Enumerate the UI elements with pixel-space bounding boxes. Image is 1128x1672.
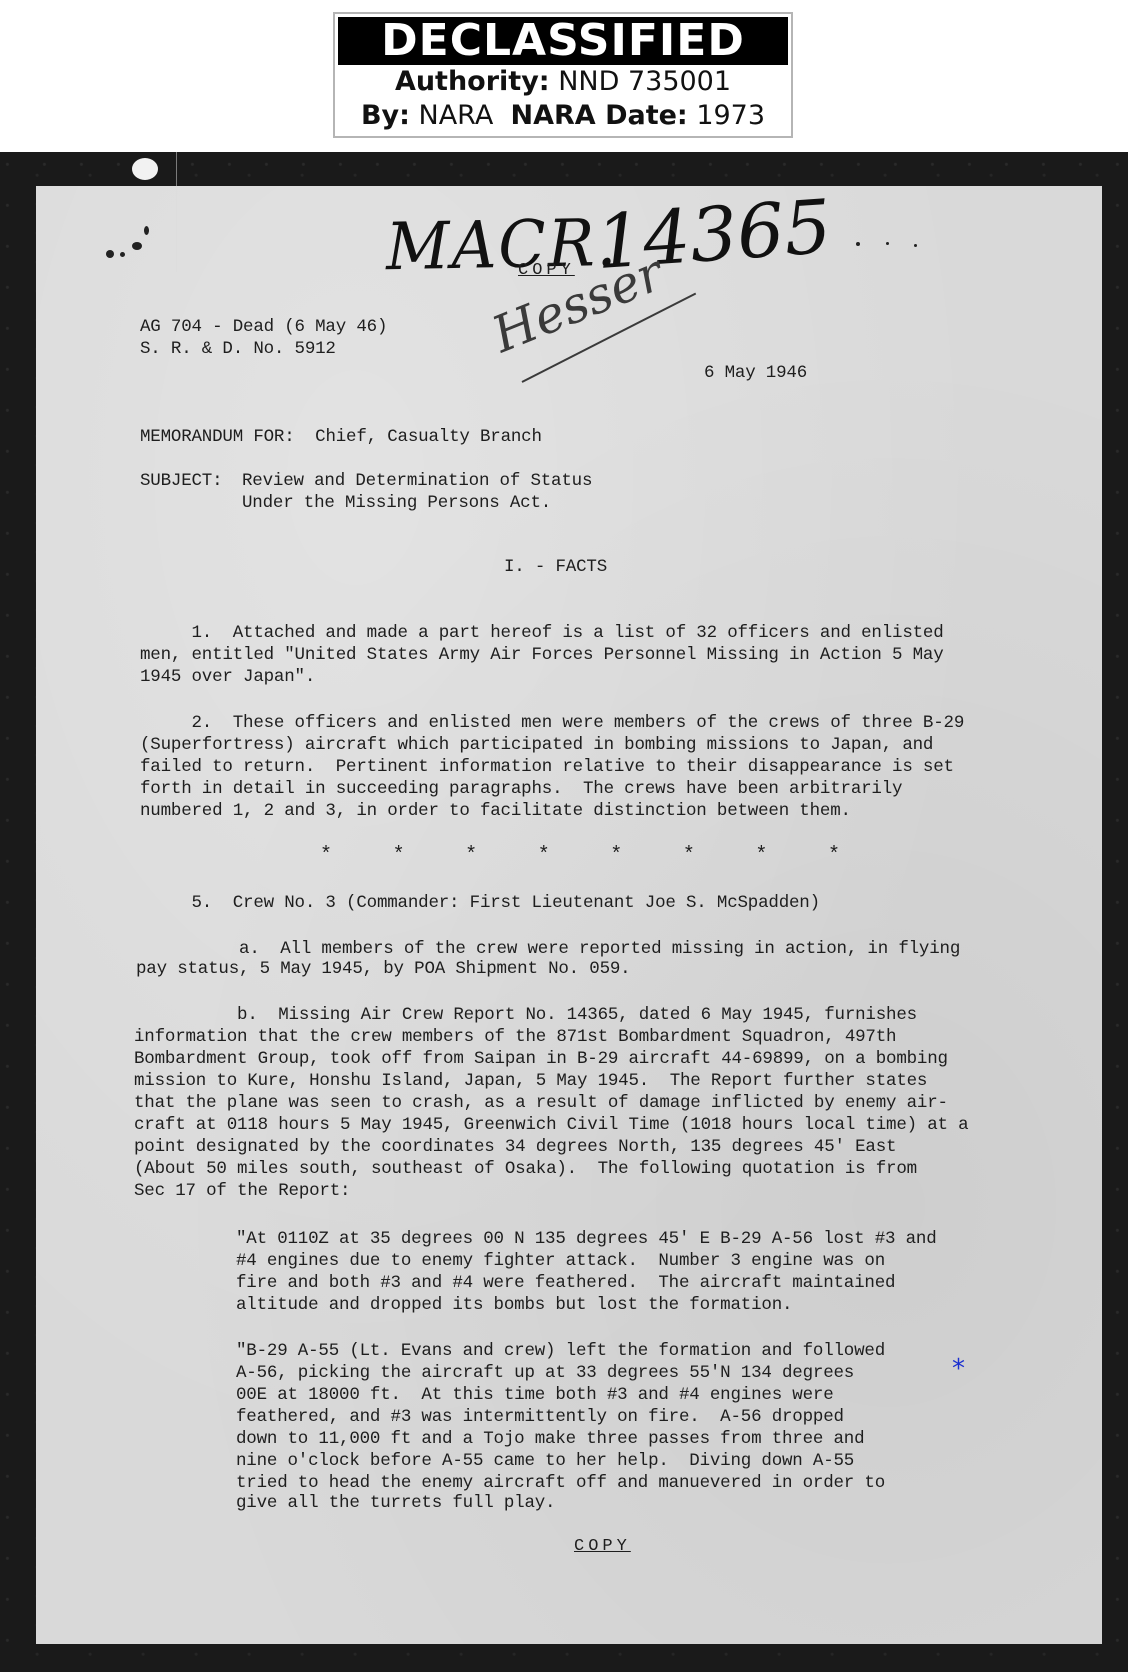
- text-line: (About 50 miles south, southeast of Osak…: [134, 1158, 917, 1180]
- text-line: A-56, picking the aircraft up at 33 degr…: [236, 1362, 854, 1384]
- stamp-authority: Authority: NND 735001: [335, 65, 791, 99]
- ink-speck: [144, 226, 149, 235]
- memo-for-value: Chief, Casualty Branch: [315, 427, 542, 447]
- text-line: give all the turrets full play.: [236, 1492, 555, 1514]
- separator-star: *: [465, 844, 477, 867]
- separator-star: *: [828, 844, 840, 867]
- separator-star: *: [320, 844, 332, 867]
- text-line: that the plane was seen to crash, as a r…: [134, 1092, 948, 1114]
- authority-value: NND 735001: [558, 66, 731, 97]
- copy-marking-bottom: COPY: [574, 1536, 631, 1558]
- section-heading: I. - FACTS: [504, 556, 607, 578]
- text-line: forth in detail in succeeding paragraphs…: [140, 778, 902, 800]
- text-line: "At 0110Z at 35 degrees 00 N 135 degrees…: [236, 1228, 937, 1250]
- stamp-title: DECLASSIFIED: [338, 17, 788, 65]
- ink-speck: [856, 242, 860, 246]
- separator-star: *: [538, 844, 550, 867]
- text-line: "B-29 A-55 (Lt. Evans and crew) left the…: [236, 1340, 885, 1362]
- text-line: down to 11,000 ft and a Tojo make three …: [236, 1428, 864, 1450]
- text-line: point designated by the coordinates 34 d…: [134, 1136, 896, 1158]
- authority-label: Authority:: [395, 66, 550, 97]
- copy-marking-top: COPY: [518, 260, 575, 282]
- stamp-by-date: By: NARA NARA Date: 1973: [335, 99, 791, 133]
- text-line: 00E at 18000 ft. At this time both #3 an…: [236, 1384, 834, 1406]
- memo-for-label: MEMORANDUM FOR:: [140, 427, 295, 447]
- text-line: #4 engines due to enemy fighter attack. …: [236, 1250, 885, 1272]
- text-line: Sec 17 of the Report:: [134, 1180, 350, 1202]
- reference-line-2: S. R. & D. No. 5912: [140, 338, 336, 360]
- memo-date: 6 May 1946: [704, 362, 807, 384]
- text-line: numbered 1, 2 and 3, in order to facilit…: [140, 800, 851, 822]
- text-line: craft at 0118 hours 5 May 1945, Greenwic…: [134, 1114, 968, 1136]
- paragraph-5-heading: 5. Crew No. 3 (Commander: First Lieutena…: [140, 892, 820, 914]
- reference-line-1: AG 704 - Dead (6 May 46): [140, 316, 387, 338]
- text-line: feathered, and #3 was intermittently on …: [236, 1406, 844, 1428]
- document-page: MACR. 14365 Hesser COPY AG 704 - Dead (6…: [36, 186, 1102, 1644]
- text-line: b. Missing Air Crew Report No. 14365, da…: [134, 1004, 917, 1026]
- scan-artifact: [176, 152, 177, 272]
- text-line: (Superfortress) aircraft which participa…: [140, 734, 933, 756]
- separator-star: *: [610, 844, 622, 867]
- declassified-stamp: DECLASSIFIED Authority: NND 735001 By: N…: [333, 12, 793, 138]
- memo-for: MEMORANDUM FOR: Chief, Casualty Branch: [140, 426, 542, 448]
- separator-star: *: [755, 844, 767, 867]
- annotation-asterisk-icon: *: [952, 1354, 965, 1384]
- text-line: fire and both #3 and #4 were feathered. …: [236, 1272, 895, 1294]
- date-label: NARA Date:: [511, 100, 688, 131]
- scan-artifact: [132, 158, 158, 180]
- text-line: nine o'clock before A-55 came to her hel…: [236, 1450, 854, 1472]
- by-value: NARA: [419, 100, 494, 131]
- date-value: 1973: [696, 100, 765, 131]
- scanned-document-frame: MACR. 14365 Hesser COPY AG 704 - Dead (6…: [0, 152, 1128, 1672]
- text-line: 1945 over Japan".: [140, 666, 315, 688]
- text-line: 1. Attached and made a part hereof is a …: [140, 622, 944, 644]
- text-line: altitude and dropped its bombs but lost …: [236, 1294, 792, 1316]
- text-line: men, entitled "United States Army Air Fo…: [140, 644, 944, 666]
- ink-speck: [132, 242, 142, 250]
- text-line: mission to Kure, Honshu Island, Japan, 5…: [134, 1070, 927, 1092]
- section-separator: * * * * * * * *: [320, 844, 840, 867]
- subject-line-2: Under the Missing Persons Act.: [242, 492, 551, 514]
- text-line: a. All members of the crew were reported…: [136, 938, 960, 960]
- text-line: information that the crew members of the…: [134, 1026, 896, 1048]
- ink-speck: [886, 242, 889, 245]
- text-line: pay status, 5 May 1945, by POA Shipment …: [136, 958, 630, 980]
- text-line: 2. These officers and enlisted men were …: [140, 712, 964, 734]
- subject-label: SUBJECT:: [140, 470, 222, 492]
- text-line: failed to return. Pertinent information …: [140, 756, 954, 778]
- separator-star: *: [393, 844, 405, 867]
- separator-star: *: [683, 844, 695, 867]
- text-line: tried to head the enemy aircraft off and…: [236, 1472, 885, 1494]
- ink-speck: [120, 252, 125, 257]
- ink-speck: [106, 250, 114, 258]
- text-line: Bombardment Group, took off from Saipan …: [134, 1048, 948, 1070]
- ink-speck: [914, 244, 917, 247]
- subject-line-1: Review and Determination of Status: [242, 470, 592, 492]
- by-label: By:: [361, 100, 410, 131]
